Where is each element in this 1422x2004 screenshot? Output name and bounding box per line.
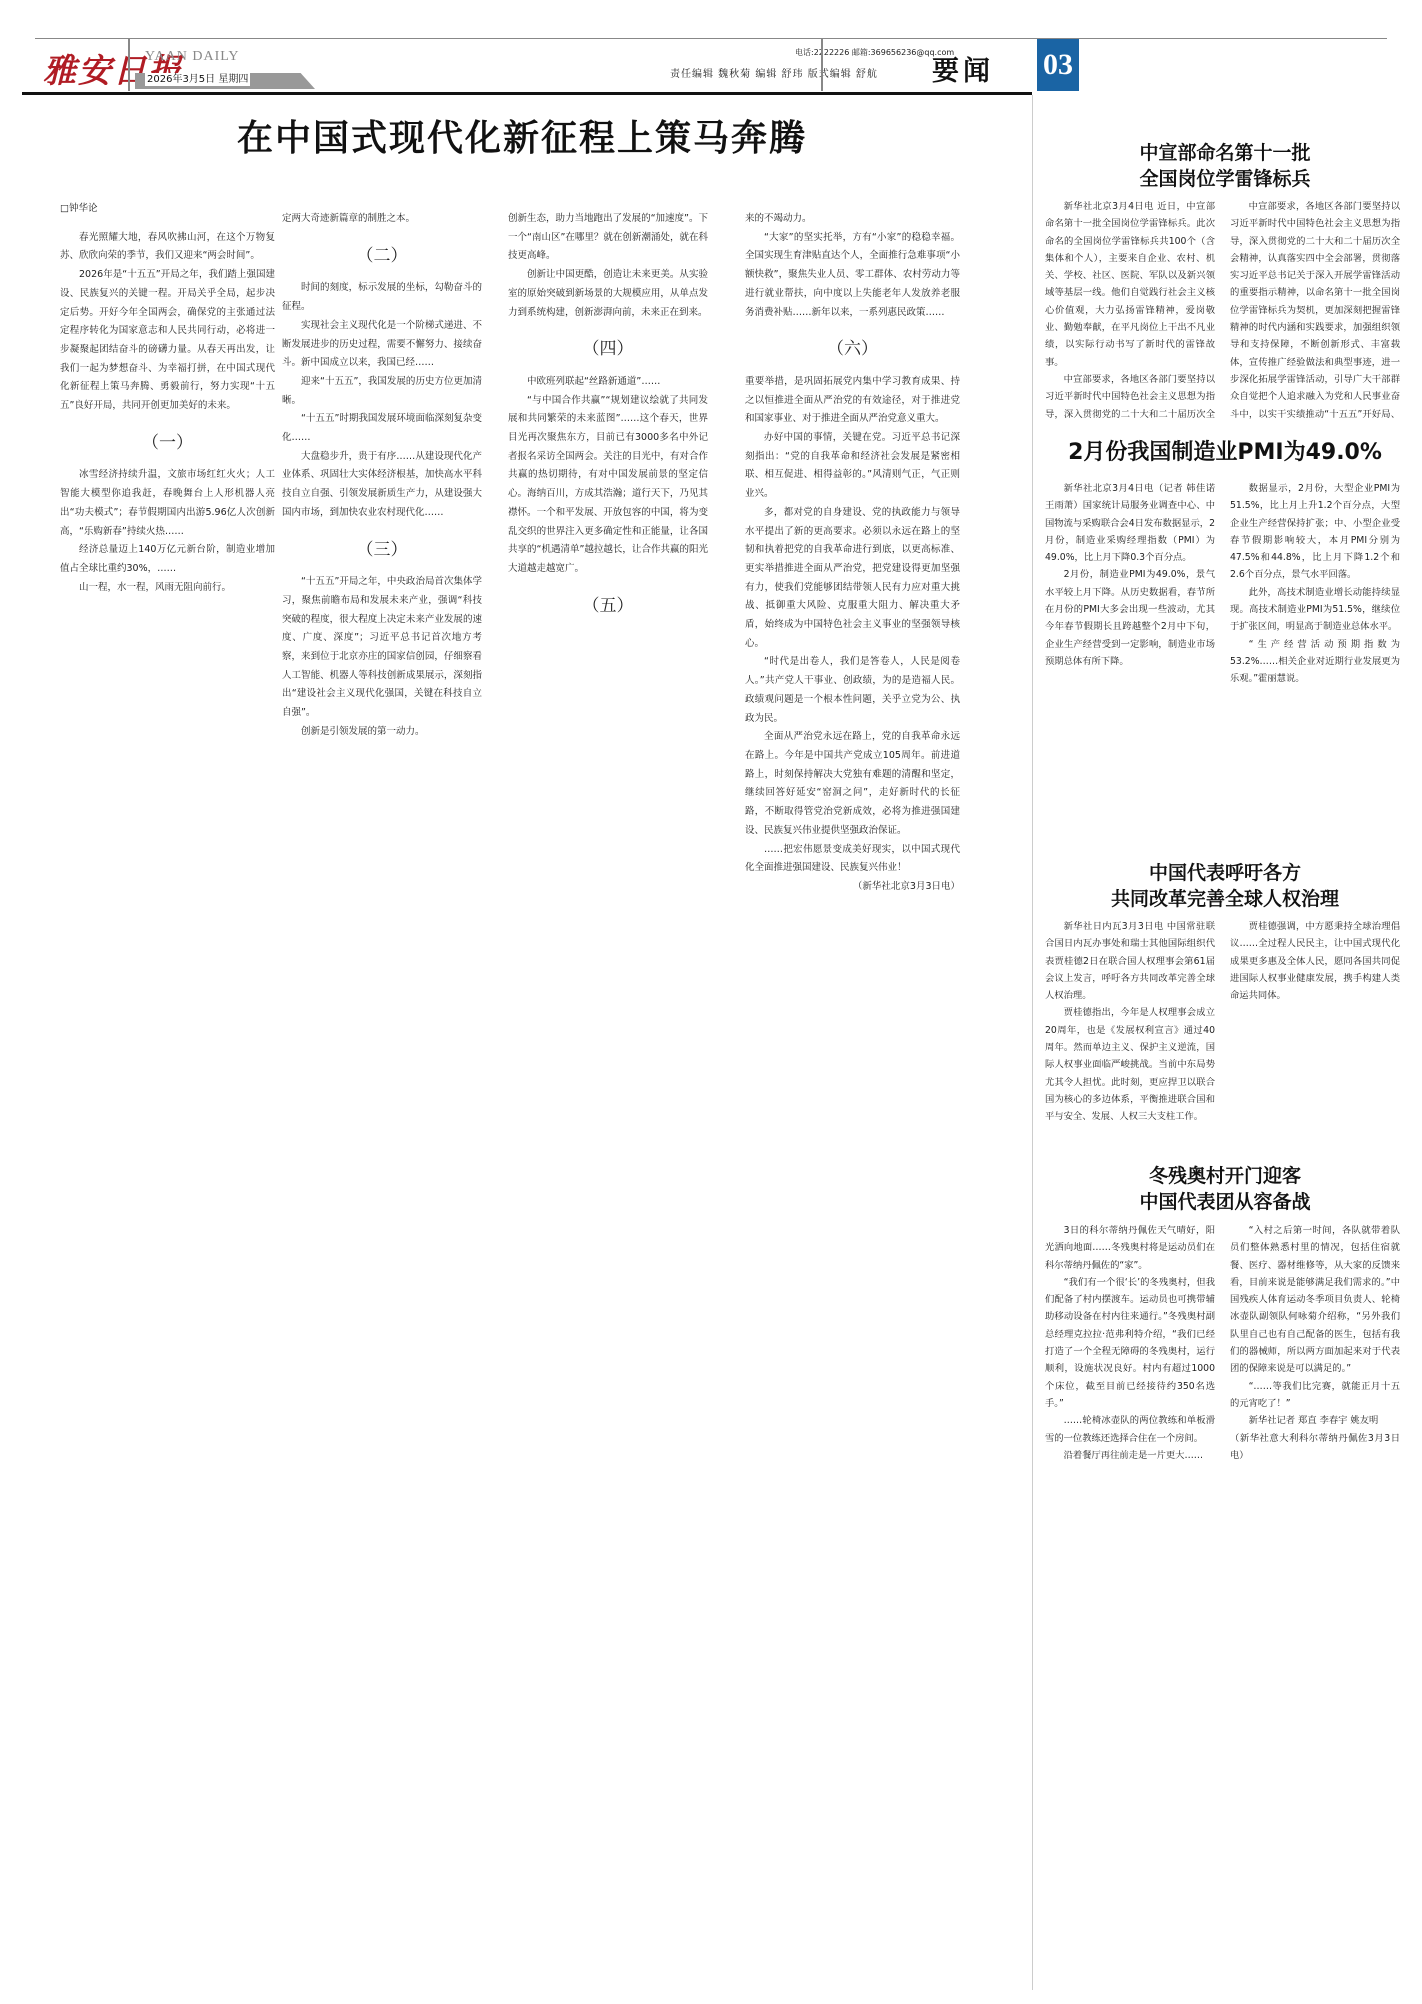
english-name: YAAN DAILY [145, 49, 240, 65]
contact-info: 电话:2222226 邮箱:369656236@qq.com [795, 47, 954, 58]
byline: □钟华论 [60, 200, 275, 219]
article-column-3: 创新生态，助力当地跑出了发展的“加速度”。下一个“南山区”在哪里？就在创新潮涌处… [508, 210, 708, 1985]
section-marker: （二） [282, 247, 482, 266]
paragraph: 重要举措，是巩固拓展党内集中学习教育成果、持之以恒推进全面从严治党的有效途径，对… [745, 373, 960, 429]
side-article-4-col-b: “入村之后第一时间，各队就带着队员们整体熟悉村里的情况，包括住宿就餐、医疗、器材… [1230, 1222, 1400, 1992]
byline: 新华社记者 郑直 李春宇 姚友明 [1230, 1412, 1400, 1429]
paragraph: ……把宏伟愿景变成美好现实，以中国式现代化全面推进强国建设、民族复兴伟业！ [745, 841, 960, 878]
paragraph: “时代是出卷人，我们是答卷人，人民是阅卷人。”共产党人干事业、创政绩，为的是造福… [745, 653, 960, 728]
paragraph: 经济总量迈上140万亿元新台阶，制造业增加值占全球比重约30%，…… [60, 541, 275, 578]
side-article-3-col-a: 新华社日内瓦3月3日电 中国常驻联合国日内瓦办事处和瑞士其他国际组织代表贾桂德2… [1045, 918, 1215, 1140]
paragraph: 山一程，水一程，风雨无阻向前行。 [60, 579, 275, 598]
side-headline-3: 中国代表呼吁各方 共同改革完善全球人权治理 [1040, 860, 1410, 912]
paragraph: 创新是引领发展的第一动力。 [282, 723, 482, 742]
side-article-1-col-b: 中宣部要求，各地区各部门要坚持以习近平新时代中国特色社会主义思想为指导，深入贯彻… [1230, 198, 1400, 420]
section-marker: （五） [508, 597, 708, 616]
main-headline: 在中国式现代化新征程上策马奔腾 [22, 110, 1022, 161]
paragraph: 创新生态，助力当地跑出了发展的“加速度”。下一个“南山区”在哪里？就在创新潮涌处… [508, 210, 708, 266]
paragraph: 春光照耀大地，春风吹拂山河，在这个万物复苏、欣欣向荣的季节，我们又迎来“两会时间… [60, 229, 275, 266]
masthead: 雅安日报 YAAN DAILY 2026年3月5日 星期四 电话:2222226… [35, 38, 1387, 90]
side-headline-2: 2月份我国制造业PMI为49.0% [1040, 440, 1410, 466]
dateline: （新华社北京3月3日电） [745, 878, 960, 897]
side-headline-1: 中宣部命名第十一批 全国岗位学雷锋标兵 [1040, 140, 1410, 192]
side-article-2-col-b: 数据显示，2月份，大型企业PMI为51.5%，比上月上升1.2个百分点，大型企业… [1230, 480, 1400, 825]
header-rule [22, 92, 1032, 95]
side-article-2-col-a: 新华社北京3月4日电（记者 韩佳诺 王雨萧）国家统计局服务业调查中心、中国物流与… [1045, 480, 1215, 825]
section-name: 要闻 [932, 49, 994, 88]
article-column-1: □钟华论 春光照耀大地，春风吹拂山河，在这个万物复苏、欣欣向荣的季节，我们又迎来… [60, 200, 275, 1985]
side-article-3-col-b: 贾桂德强调，中方愿秉持全球治理倡议……全过程人民民主，让中国式现代化成果更多惠及… [1230, 918, 1400, 1140]
paragraph: 定两大奇迹新篇章的制胜之本。 [282, 210, 482, 229]
paragraph: 时间的刻度，标示发展的坐标，勾勒奋斗的征程。 [282, 279, 482, 316]
section-marker: （六） [745, 340, 960, 359]
paragraph: 2026年是“十五五”开局之年，我们踏上强国建设、民族复兴的关键一程。开局关乎全… [60, 266, 275, 416]
paragraph: “十五五”开局之年，中央政治局首次集体学习，聚焦前瞻布局和发展未来产业，强调“科… [282, 573, 482, 723]
page-number-badge: 03 [1037, 39, 1079, 91]
paragraph: 冰雪经济持续升温，文旅市场红红火火；人工智能大模型你追我赶，春晚舞台上人形机器人… [60, 466, 275, 541]
article-column-2: 定两大奇迹新篇章的制胜之本。 （二） 时间的刻度，标示发展的坐标，勾勒奋斗的征程… [282, 210, 482, 1985]
section-marker: （四） [508, 340, 708, 359]
dateline-bar: 2026年3月5日 星期四 [135, 73, 315, 89]
paragraph: 迎来“十五五”，我国发展的历史方位更加清晰。 [282, 373, 482, 410]
paragraph: “大家”的坚实托举，方有“小家”的稳稳幸福。全国实现生育津贴直达个人，全面推行急… [745, 229, 960, 323]
divider [821, 39, 823, 91]
divider [128, 39, 130, 91]
paragraph: 办好中国的事情，关键在党。习近平总书记深刻指出：“党的自我革命和经济社会发展是紧… [745, 429, 960, 504]
paragraph: 多，都对党的自身建设、党的执政能力与领导水平提出了新的更高要求。必须以永远在路上… [745, 504, 960, 654]
side-headline-4: 冬残奥村开门迎客 中国代表团从容备战 [1040, 1163, 1410, 1215]
section-marker: （三） [282, 541, 482, 560]
side-article-4-col-a: 3日的科尔蒂纳丹佩佐天气晴好，阳光洒向地面……冬残奥村将是运动员们在科尔蒂纳丹佩… [1045, 1222, 1215, 1992]
paragraph: 实现社会主义现代化是一个阶梯式递进、不断发展进步的历史过程，需要不懈努力、接续奋… [282, 317, 482, 373]
article-column-4: 来的不竭动力。 “大家”的坚实托举，方有“小家”的稳稳幸福。全国实现生育津贴直达… [745, 210, 960, 1985]
issue-date: 2026年3月5日 星期四 [145, 73, 250, 86]
paragraph: 来的不竭动力。 [745, 210, 960, 229]
paragraph: 大盘稳步升，贵于有序……从建设现代化产业体系、巩固壮大实体经济根基，加快高水平科… [282, 448, 482, 523]
column-divider [1032, 95, 1033, 1990]
paragraph: 创新让中国更酷，创造让未来更美。从实验室的原始突破到新场景的大规模应用，从单点发… [508, 266, 708, 322]
paragraph: “与中国合作共赢”“规划建议绘就了共同发展和共同繁荣的未来蓝图”……这个春天，世… [508, 392, 708, 579]
paragraph: 中欧班列联起“丝路新通道”…… [508, 373, 708, 392]
side-article-1-col-a: 新华社北京3月4日电 近日，中宣部命名第十一批全国岗位学雷锋标兵。此次命名的全国… [1045, 198, 1215, 420]
section-marker: （一） [60, 434, 275, 453]
paragraph: “十五五”时期我国发展环境面临深刻复杂变化…… [282, 410, 482, 447]
paragraph: 全面从严治党永远在路上，党的自我革命永远在路上。今年是中国共产党成立105周年。… [745, 728, 960, 840]
dateline: （新华社意大利科尔蒂纳丹佩佐3月3日电） [1230, 1430, 1400, 1465]
editors-credit: 责任编辑 魏秋菊 编辑 舒玮 版式编辑 舒航 [670, 65, 878, 80]
